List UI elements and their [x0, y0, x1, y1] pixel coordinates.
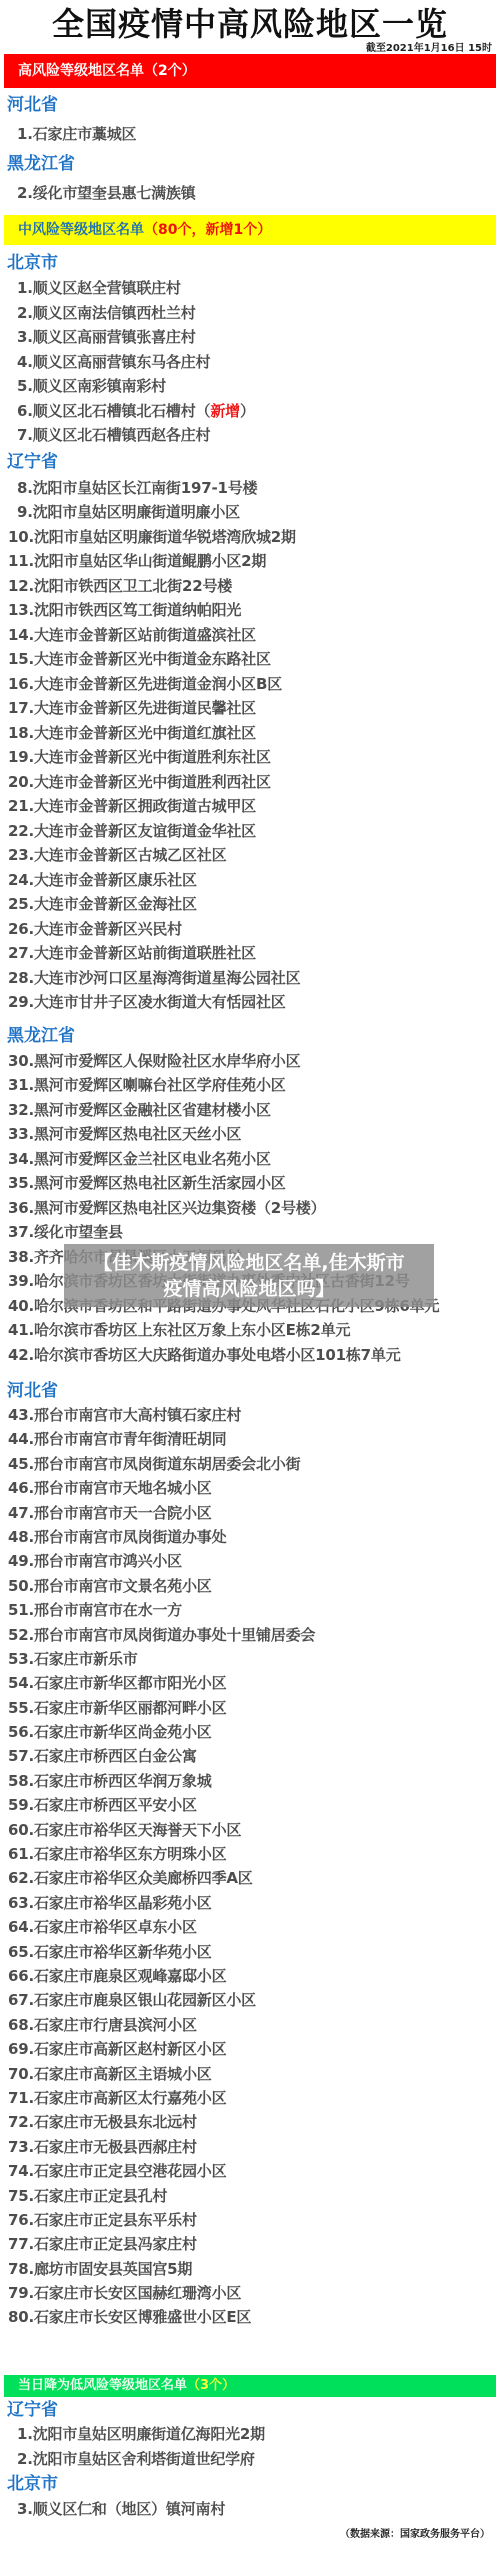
province-heading-hebei: 河北省 — [0, 1375, 500, 1403]
list-item: 43.邢台市南宫市大高村镇石家庄村 — [0, 1403, 500, 1427]
list-item: 71.石家庄市高新区太行嘉苑小区 — [0, 2086, 500, 2110]
page-title: 全国疫情中高风险地区一览 — [0, 4, 500, 44]
list-item: 47.邢台市南宫市天一合院小区 — [0, 1501, 500, 1525]
list-item: 1.沈阳市皇姑区明廉街道亿海阳光2期 — [0, 2422, 500, 2447]
list-item: 52.邢台市南宫市凤岗街道办事处十里铺居委会 — [0, 1623, 500, 1647]
list-item: 45.邢台市南宫市凤岗街道东胡居委会北小街 — [0, 1452, 500, 1476]
list-item: 56.石家庄市新华区尚金苑小区 — [0, 1720, 500, 1744]
list-item: 28.大连市沙河口区星海湾街道星海公园社区 — [0, 966, 500, 991]
list-item: 63.石家庄市裕华区晶彩苑小区 — [0, 1891, 500, 1915]
list-item: 59.石家庄市桥西区平安小区 — [0, 1793, 500, 1817]
list-item: 32.黑河市爱辉区金融社区省建材楼小区 — [0, 1098, 500, 1123]
list-item: 44.邢台市南宫市青年街清旺胡同 — [0, 1427, 500, 1451]
list-item: 12.沈阳市铁西区卫工北街22号楼 — [0, 574, 500, 599]
overlay-caption: 【佳木斯疫情风险地区名单,佳木斯市 疫情高风险地区吗】 — [64, 1244, 434, 1307]
list-item: 15.大连市金普新区光中街道金东路社区 — [0, 647, 500, 672]
overlay-caption-line1: 【佳木斯疫情风险地区名单,佳木斯市 — [64, 1250, 434, 1276]
list-item: 53.石家庄市新乐市 — [0, 1647, 500, 1671]
high-risk-section: 河北省 1.石家庄市藁城区 黑龙江省 2.绥化市望奎县惠七满族镇 — [0, 90, 500, 208]
list-item: 74.石家庄市正定县空港花园小区 — [0, 2159, 500, 2183]
list-item: 10.沈阳市皇姑区明廉街道华锐塔湾欣城2期 — [0, 525, 500, 550]
list-item: 42.哈尔滨市香坊区大庆路街道办事处电塔小区101栋7单元 — [0, 1343, 500, 1368]
list-item-new: 6.顺义区北石槽镇北石槽村（新增） — [0, 399, 500, 424]
high-risk-banner: 高风险等级地区名单（2个） — [4, 54, 496, 88]
list-item: 2.绥化市望奎县惠七满族镇 — [0, 179, 500, 208]
list-item: 62.石家庄市裕华区众美廊桥四季A区 — [0, 1866, 500, 1890]
list-item: 21.大连市金普新区拥政街道古城甲区 — [0, 794, 500, 819]
list-item: 1.石家庄市藁城区 — [0, 120, 500, 149]
list-item: 77.石家庄市正定县冯家庄村 — [0, 2232, 500, 2256]
list-item: 80.石家庄市长安区博雅盛世小区E区 — [0, 2305, 500, 2329]
list-item: 54.石家庄市新华区都市阳光小区 — [0, 1671, 500, 1695]
list-item: 78.廊坊市固安县英国宫5期 — [0, 2257, 500, 2281]
new-tag: 新增 — [210, 402, 240, 420]
province-heading: 河北省 — [0, 90, 500, 120]
list-item: 79.石家庄市长安区国赫红珊湾小区 — [0, 2281, 500, 2305]
list-item: 64.石家庄市裕华区卓东小区 — [0, 1915, 500, 1939]
list-item: 20.大连市金普新区光中街道胜利西社区 — [0, 770, 500, 795]
low-risk-banner-count: （3个） — [187, 2378, 235, 2393]
low-risk-section: 辽宁省 1.沈阳市皇姑区明廉街道亿海阳光2期 2.沈阳市皇姑区舍利塔街道世纪学府… — [0, 2398, 500, 2522]
list-item: 48.邢台市南宫市凤岗街道办事处 — [0, 1525, 500, 1549]
medium-risk-banner: 中风险等级地区名单（80个，新增1个） — [4, 215, 496, 245]
list-item: 50.邢台市南宫市文景名苑小区 — [0, 1574, 500, 1598]
overlay-caption-line2: 疫情高风险地区吗】 — [64, 1276, 434, 1302]
province-heading: 辽宁省 — [0, 2398, 500, 2422]
list-item: 57.石家庄市桥西区白金公寓 — [0, 1744, 500, 1768]
province-heading: 黑龙江省 — [0, 149, 500, 179]
list-item: 3.顺义区高丽营镇张喜庄村 — [0, 325, 500, 350]
list-item: 5.顺义区南彩镇南彩村 — [0, 374, 500, 399]
list-item: 41.哈尔滨市香坊区上东社区万象上东小区E栋2单元 — [0, 1318, 500, 1343]
list-item: 13.沈阳市铁西区笃工街道纳帕阳光 — [0, 598, 500, 623]
list-item: 11.沈阳市皇姑区华山街道鲲鹏小区2期 — [0, 549, 500, 574]
liaoning-list: 8.沈阳市皇姑区长江南街197-1号楼9.沈阳市皇姑区明廉街道明廉小区10.沈阳… — [0, 476, 500, 1015]
province-heading: 北京市 — [0, 2472, 500, 2497]
list-item: 24.大连市金普新区康乐社区 — [0, 868, 500, 893]
province-heading-beijing: 北京市 — [0, 250, 500, 276]
list-item: 22.大连市金普新区友谊街道金华社区 — [0, 819, 500, 844]
list-item: 72.石家庄市无极县东北远村 — [0, 2110, 500, 2134]
list-item: 26.大连市金普新区兴民村 — [0, 917, 500, 942]
list-item: 37.绥化市望奎县 — [0, 1220, 500, 1245]
list-item: 9.沈阳市皇姑区明廉街道明廉小区 — [0, 500, 500, 525]
list-item: 68.石家庄市行唐县滨河小区 — [0, 2013, 500, 2037]
low-risk-banner-label: 当日降为低风险等级地区名单 — [18, 2378, 187, 2393]
list-item: 49.邢台市南宫市鸿兴小区 — [0, 1549, 500, 1573]
medium-risk-banner-count: （80个，新增1个） — [144, 222, 271, 238]
list-item: 30.黑河市爱辉区人保财险社区水岸华府小区 — [0, 1049, 500, 1074]
list-item: 8.沈阳市皇姑区长江南街197-1号楼 — [0, 476, 500, 501]
list-item: 2.顺义区南法信镇西杜兰村 — [0, 301, 500, 326]
paren-close: ） — [240, 402, 255, 420]
list-item: 3.顺义区仁和（地区）镇河南村 — [0, 2497, 500, 2522]
list-item: 19.大连市金普新区光中街道胜利东社区 — [0, 745, 500, 770]
list-item: 60.石家庄市裕华区天海誉天下小区 — [0, 1818, 500, 1842]
list-item: 51.邢台市南宫市在水一方 — [0, 1598, 500, 1622]
list-item: 65.石家庄市裕华区新华苑小区 — [0, 1940, 500, 1964]
list-item: 4.顺义区高丽营镇东马各庄村 — [0, 350, 500, 375]
list-item: 35.黑河市爱辉区热电社区新生活家园小区 — [0, 1171, 500, 1196]
list-item: 75.石家庄市正定县孔村 — [0, 2184, 500, 2208]
data-source-note: （数据来源：国家政务服务平台） — [340, 2525, 490, 2540]
list-item: 34.黑河市爱辉区金兰社区电业名苑小区 — [0, 1147, 500, 1172]
list-item: 29.大连市甘井子区凌水街道大有恬园社区 — [0, 990, 500, 1015]
list-item: 55.石家庄市新华区丽都河畔小区 — [0, 1696, 500, 1720]
list-item: 16.大连市金普新区先进街道金润小区B区 — [0, 672, 500, 697]
list-item-text: 6.顺义区北石槽镇北石槽村 — [17, 402, 196, 420]
hebei-list: 43.邢台市南宫市大高村镇石家庄村44.邢台市南宫市青年街清旺胡同45.邢台市南… — [0, 1403, 500, 2330]
list-item: 23.大连市金普新区古城乙区社区 — [0, 843, 500, 868]
list-item: 33.黑河市爱辉区热电社区天丝小区 — [0, 1122, 500, 1147]
list-item: 18.大连市金普新区光中街道红旗社区 — [0, 721, 500, 746]
low-risk-banner: 当日降为低风险等级地区名单（3个） — [4, 2375, 496, 2397]
list-item: 46.邢台市南宫市天地名城小区 — [0, 1476, 500, 1500]
list-item: 69.石家庄市高新区赵村新区小区 — [0, 2037, 500, 2061]
list-item: 76.石家庄市正定县东平乐村 — [0, 2208, 500, 2232]
paren-open: （ — [196, 402, 211, 420]
medium-risk-banner-label: 中风险等级地区名单 — [18, 222, 144, 238]
list-item: 2.沈阳市皇姑区舍利塔街道世纪学府 — [0, 2447, 500, 2472]
list-item: 66.石家庄市鹿泉区观峰嘉邸小区 — [0, 1964, 500, 1988]
list-item: 27.大连市金普新区站前街道联胜社区 — [0, 941, 500, 966]
list-item: 7.顺义区北石槽镇西赵各庄村 — [0, 423, 500, 448]
list-item: 31.黑河市爱辉区喇嘛台社区学府佳苑小区 — [0, 1073, 500, 1098]
beijing-list: 1.顺义区赵全营镇联庄村 2.顺义区南法信镇西杜兰村 3.顺义区高丽营镇张喜庄村… — [0, 276, 500, 448]
list-item: 14.大连市金普新区站前街道盛滨社区 — [0, 623, 500, 648]
list-item: 73.石家庄市无极县西郝庄村 — [0, 2135, 500, 2159]
heilongjiang-list: 30.黑河市爱辉区人保财险社区水岸华府小区31.黑河市爱辉区喇嘛台社区学府佳苑小… — [0, 1049, 500, 1368]
list-item: 25.大连市金普新区金海社区 — [0, 892, 500, 917]
list-item: 17.大连市金普新区先进街道民馨社区 — [0, 696, 500, 721]
list-item: 67.石家庄市鹿泉区银山花园新区小区 — [0, 1988, 500, 2012]
list-item: 1.顺义区赵全营镇联庄村 — [0, 276, 500, 301]
list-item: 70.石家庄市高新区主语城小区 — [0, 2062, 500, 2086]
province-heading-heilongjiang: 黑龙江省 — [0, 1021, 500, 1049]
list-item: 61.石家庄市裕华区东方明珠小区 — [0, 1842, 500, 1866]
list-item: 58.石家庄市桥西区华润万象城 — [0, 1769, 500, 1793]
list-item: 36.黑河市爱辉区热电社区兴边集资楼（2号楼） — [0, 1196, 500, 1221]
province-heading-liaoning: 辽宁省 — [0, 448, 500, 476]
